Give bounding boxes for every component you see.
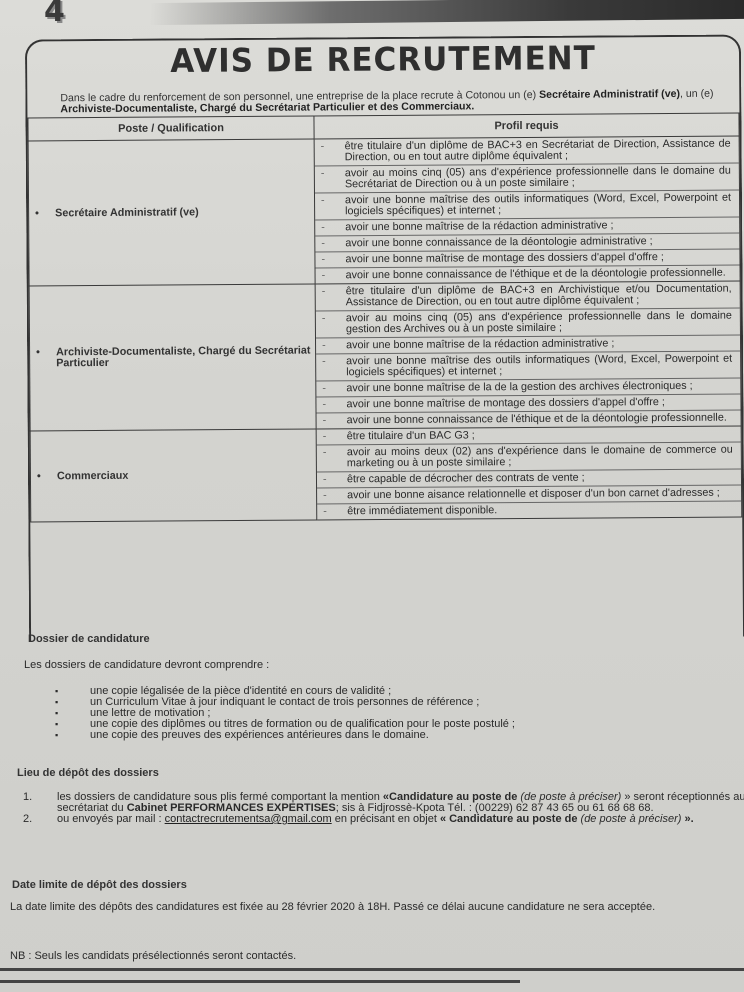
table-row: •Archiviste-Documentaliste, Chargé du Se…: [29, 281, 741, 431]
poste-label: Commerciaux: [57, 469, 129, 481]
criterion-text: avoir une bonne aisance relationnelle et…: [347, 488, 733, 502]
criterion-text: avoir une bonne maîtrise des outils info…: [345, 193, 731, 218]
poste-cell: •Commerciaux: [30, 429, 317, 522]
criterion: -être titulaire d'un diplôme de BAC+3 en…: [316, 282, 740, 312]
page-number: 4: [44, 0, 65, 29]
deadline-heading: Date limite de dépôt des dossiers: [12, 879, 187, 891]
dash-icon: -: [323, 490, 347, 501]
criterion-text: avoir une bonne connaissance de l'éthiqu…: [346, 268, 732, 282]
table-row: •Commerciaux-être titulaire d'un BAC G3 …: [30, 426, 742, 522]
poste-label: Secrétaire Administratif (ve): [55, 206, 199, 219]
list-item: 1. les dossiers de candidature sous plis…: [23, 792, 744, 814]
poste-cell: •Archiviste-Documentaliste, Chargé du Se…: [29, 284, 316, 431]
list-item: une copie des preuves des expériences an…: [55, 730, 515, 741]
criterion-text: avoir une bonne connaissance de la déont…: [345, 236, 731, 250]
poste-cell: •Secrétaire Administratif (ve): [28, 139, 315, 286]
page-title: AVIS DE RECRUTEMENT: [27, 39, 739, 82]
criterion: -avoir au moins cinq (05) ans d'expérien…: [315, 164, 739, 194]
intro-paragraph: Dans le cadre du renforcement de son per…: [60, 89, 720, 116]
header-band: [150, 0, 744, 25]
criterion-text: avoir une bonne maîtrise de montage des …: [346, 397, 732, 411]
list-item: 2. ou envoyés par mail : contactrecrutem…: [23, 814, 744, 825]
email-link[interactable]: contactrecrutementsa@gmail.com: [165, 813, 332, 825]
announcement-frame: AVIS DE RECRUTEMENT Dans le cadre du ren…: [25, 35, 744, 642]
dash-icon: -: [321, 168, 345, 190]
requirements-table: Poste / Qualification Profil requis •Sec…: [27, 113, 742, 523]
column-header-profil: Profil requis: [314, 113, 739, 139]
depot-heading: Lieu de dépôt des dossiers: [17, 767, 159, 779]
criterion-text: avoir une bonne maîtrise de montage des …: [345, 252, 731, 266]
dash-icon: -: [323, 474, 347, 485]
dash-icon: -: [323, 506, 347, 517]
dash-icon: -: [323, 447, 347, 469]
criterion-text: avoir une bonne maîtrise de la rédaction…: [346, 338, 732, 352]
dash-icon: -: [321, 222, 345, 233]
dash-icon: -: [322, 383, 346, 394]
criterion-text: avoir au moins deux (02) ans d'expérienc…: [347, 445, 733, 470]
dash-icon: -: [322, 356, 346, 378]
divider: [0, 968, 744, 971]
criterion: -avoir au moins cinq (05) ans d'expérien…: [316, 309, 740, 339]
divider: [0, 980, 520, 983]
criterion: -avoir au moins deux (02) ans d'expérien…: [317, 443, 741, 473]
dash-icon: -: [321, 141, 345, 163]
criterion-text: être titulaire d'un diplôme de BAC+3 en …: [346, 284, 732, 309]
bullet-icon: •: [35, 208, 39, 219]
criterion-text: avoir une bonne maîtrise des outils info…: [346, 354, 732, 379]
dash-icon: -: [322, 270, 346, 281]
criterion: -avoir une bonne maîtrise des outils inf…: [316, 352, 740, 382]
criterion: -être titulaire d'un diplôme de BAC+3 en…: [315, 137, 739, 167]
dash-icon: -: [323, 415, 347, 426]
dossier-lead: Les dossiers de candidature devront comp…: [24, 659, 269, 671]
table-row: •Secrétaire Administratif (ve)-être titu…: [28, 136, 740, 286]
dash-icon: -: [322, 340, 346, 351]
dash-icon: -: [323, 431, 347, 442]
criterion-text: avoir une bonne connaissance de l'éthiqu…: [347, 413, 733, 427]
criterion-text: avoir une bonne maîtrise de la de la ges…: [346, 381, 732, 395]
profil-cell: -être titulaire d'un BAC G3 ;-avoir au m…: [316, 426, 742, 520]
note-text: NB : Seuls les candidats présélectionnés…: [10, 950, 296, 962]
profil-cell: -être titulaire d'un diplôme de BAC+3 en…: [315, 281, 741, 429]
criterion-text: avoir une bonne maîtrise de la rédaction…: [345, 220, 731, 234]
criterion-text: avoir au moins cinq (05) ans d'expérienc…: [345, 166, 731, 191]
poste-label: Archiviste-Documentaliste, Chargé du Sec…: [56, 345, 310, 370]
deadline-text: La date limite des dépôts des candidatur…: [10, 902, 744, 913]
criterion-text: être titulaire d'un BAC G3 ;: [347, 429, 733, 443]
dossier-list: une copie légalisée de la pièce d'identi…: [55, 686, 515, 741]
dash-icon: -: [322, 286, 346, 308]
depot-list: 1. les dossiers de candidature sous plis…: [23, 792, 744, 825]
profil-cell: -être titulaire d'un diplôme de BAC+3 en…: [314, 136, 740, 284]
criterion-text: être titulaire d'un diplôme de BAC+3 en …: [345, 139, 731, 164]
dash-icon: -: [321, 254, 345, 265]
dash-icon: -: [321, 195, 345, 217]
criterion: -avoir une bonne maîtrise des outils inf…: [315, 191, 739, 221]
dash-icon: -: [321, 238, 345, 249]
bullet-icon: •: [37, 471, 41, 482]
criterion-text: être immédiatement disponible.: [347, 504, 733, 518]
bullet-icon: •: [36, 347, 40, 358]
criterion-text: avoir au moins cinq (05) ans d'expérienc…: [346, 311, 732, 336]
dossier-heading: Dossier de candidature: [28, 633, 150, 645]
dash-icon: -: [322, 399, 346, 410]
column-header-poste: Poste / Qualification: [28, 116, 314, 141]
criterion-text: être capable de décrocher des contrats d…: [347, 472, 733, 486]
criterion: -être immédiatement disponible.: [317, 502, 741, 520]
dash-icon: -: [322, 313, 346, 335]
